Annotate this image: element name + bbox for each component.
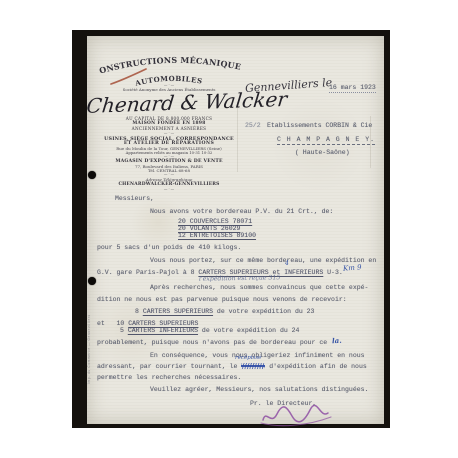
ink-scribble-strikeout [241,363,265,369]
divider-ornament: — · — [87,154,251,158]
handwritten-4: 4 [285,260,289,267]
body-line-12: adressant, par courrier tournant, le d'e… [97,363,367,370]
signature-scribble [259,404,339,426]
body-line-3: Vous nous portez, sur ce même bordereau,… [150,257,376,264]
divider-ornament: — · — [87,172,251,176]
recipient-department: ( Haute-Saône) [295,149,350,156]
company-name-script: Chenard & Walcker [85,88,252,118]
printer-imprint: Imp. du Commerce — Gennevilliers [87,300,94,384]
svg-text:CONSTRUCTIONS MÉCANIQUES: CONSTRUCTIONS MÉCANIQUES [88,40,242,76]
body-line-1: Nous avons votre bordereau P.V. du 21 Cr… [150,208,333,215]
body-line-5: Après recherches, nous sommes convaincus… [150,284,368,291]
photo-frame: Imp. du Commerce — Gennevilliers CONSTRU… [72,30,390,428]
letter-paper: Imp. du Commerce — Gennevilliers CONSTRU… [87,36,384,424]
dateline-date: 16 mars 1923 [329,84,376,91]
body-line-8: et 10 CARTERS SUPERIEURS [97,320,198,327]
handwritten-la: la. [332,336,342,345]
body-line-9: 5 CARTERS INFERIEURS de votre expédition… [120,327,299,334]
body-line-14: Veuillez agréer, Messieurs, nos salutati… [150,386,368,393]
body-line-6: dition ne nous est pas parvenue puisque … [97,296,347,303]
body-line-2: pour 5 sacs d'un poids de 410 kilogs. [97,244,241,251]
body-line-7: 8 CARTERS SUPERIEURS de votre expédition… [135,308,314,315]
divider-ornament: — · — [87,187,251,191]
reference-number: 25/2 [245,122,261,129]
dateline-place-script: Gennevilliers le [245,76,333,95]
recipient-city: C H A M P A G N E Y. [277,136,375,143]
salutation: Messieurs, [115,195,154,202]
handwritten-km9: Km 9 [343,263,362,272]
body-line-10: probablement, puisque nous n'avons pas d… [97,339,327,346]
body-line-13: permettre les recherches nécessaires. [97,374,241,381]
punch-hole-bottom [88,277,96,285]
item-line-1: 20 COUVERCLES 78071 [178,218,252,225]
handwritten-received-note: l'expédition est reçue 315 [199,274,280,282]
recipient-company: Etablissements CORBIN & Cie [267,122,372,129]
item-line-3: 12 ENTRETOISES 89100 [178,232,256,239]
handwritten-recepisse: récépissé [235,355,261,361]
arc-text-line1: CONSTRUCTIONS MÉCANIQUES [88,40,242,76]
date-text: 16 mars 1923 [329,84,376,93]
item-line-2: 20 VOLANTS 26029 [178,225,240,232]
divider-ornament: — · — [87,131,251,135]
